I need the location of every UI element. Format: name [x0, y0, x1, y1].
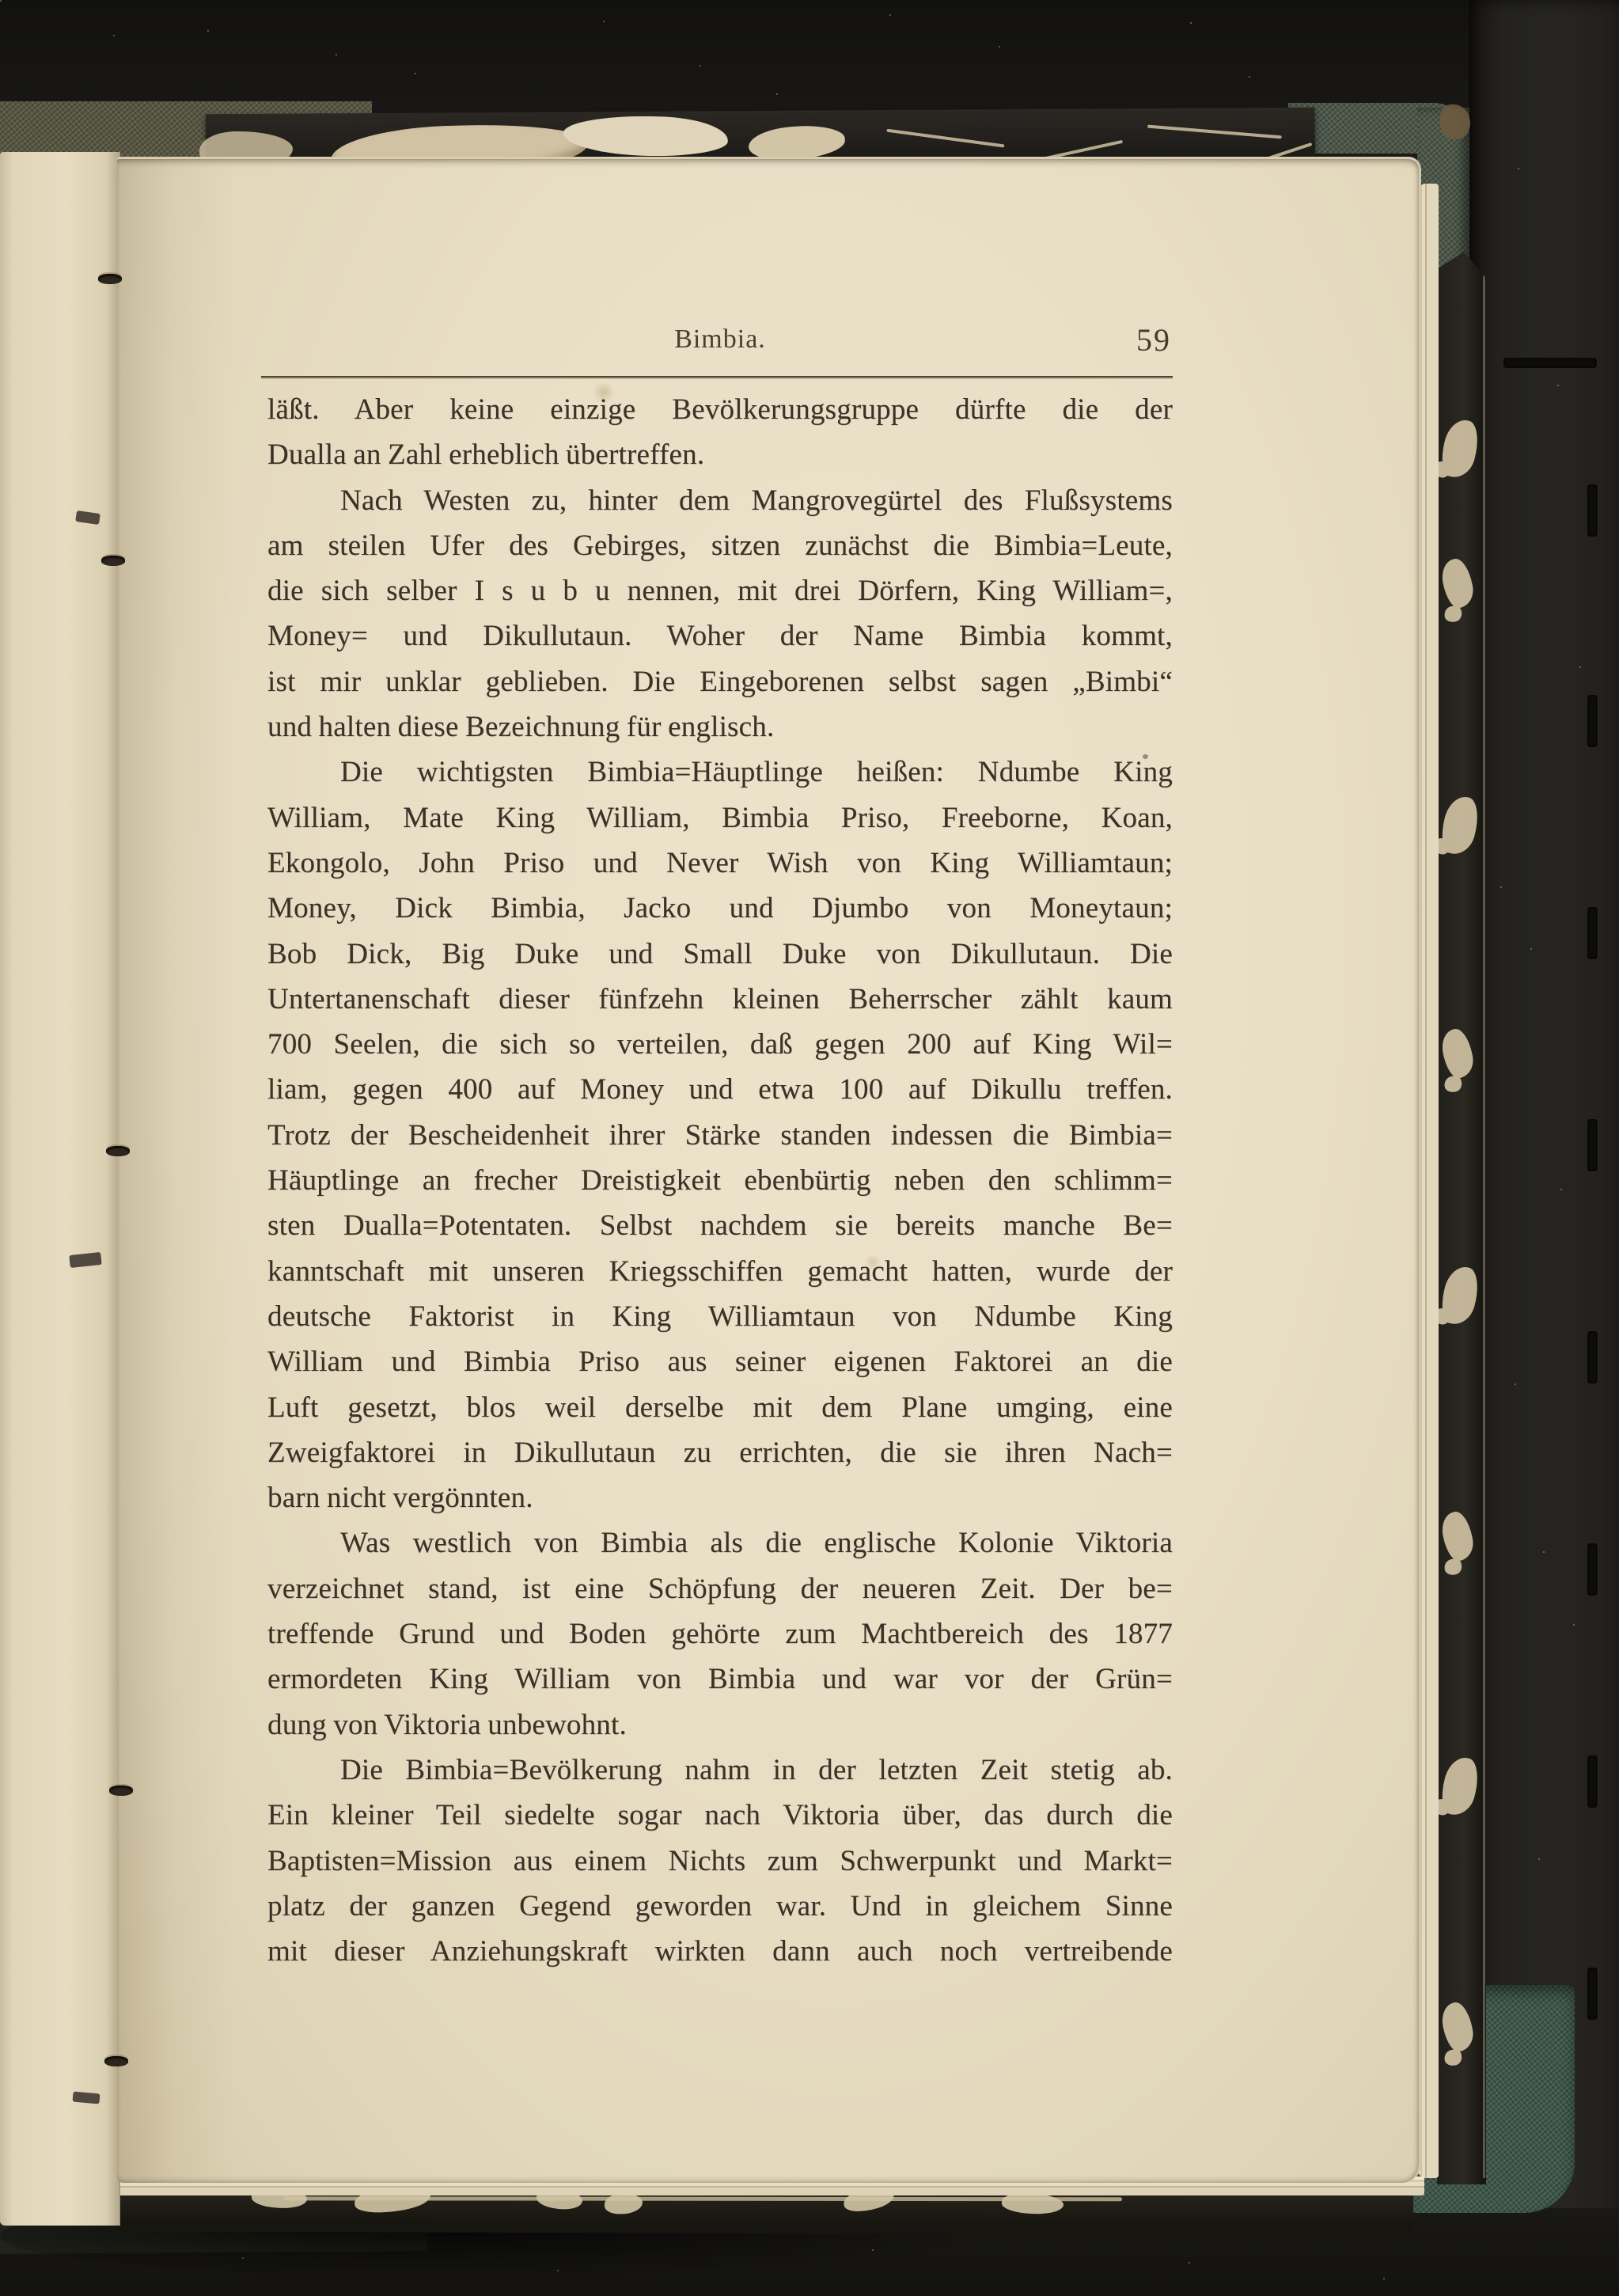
text-line: mit dieser Anziehungskraft wirkten dann … [267, 1929, 1173, 1974]
header-rule [261, 376, 1173, 378]
text-line: sten Dualla=Potentaten. Selbst nachdem s… [267, 1203, 1173, 1248]
text-line: Was westlich von Bimbia als die englisch… [267, 1520, 1173, 1565]
text-line: 700 Seelen, die sich so verteilen, daß g… [267, 1022, 1173, 1067]
binding-slot [1587, 484, 1598, 537]
binding-stitch [98, 274, 122, 284]
binding-slot [1587, 1543, 1598, 1596]
page-header: Bimbia. 59 [267, 321, 1173, 361]
text-line: kanntschaft mit unseren Kriegsschiffen g… [267, 1249, 1173, 1294]
marble-vein [1439, 2000, 1476, 2054]
marble-vein [1147, 125, 1282, 139]
marble-vein [1437, 793, 1484, 858]
binding-slot [1587, 907, 1598, 959]
text-line: verzeichnet stand, ist eine Schöpfung de… [267, 1566, 1173, 1611]
text-area: Bimbia. 59 läßt. Aber keine einzige Bevö… [267, 159, 1173, 2185]
text-line: Die Bimbia=Bevölkerung nahm in der letzt… [267, 1748, 1173, 1793]
cover-emboss-mark [1503, 358, 1597, 368]
text-line: Häuptlinge an frecher Dreistigkeit ebenb… [267, 1158, 1173, 1203]
text-block: läßt. Aber keine einzige Bevölkerungsgru… [267, 387, 1173, 1974]
marbled-cover-edge [1437, 252, 1486, 2184]
text-line: treffende Grund und Boden gehörte zum Ma… [267, 1611, 1173, 1657]
text-line: platz der ganzen Gegend geworden war. Un… [267, 1884, 1173, 1929]
marble-vein [1439, 1509, 1476, 1563]
paper-notch [69, 1252, 101, 1268]
text-line: Money= und Dikullutaun. Woher der Name B… [267, 613, 1173, 658]
text-line: und halten diese Bezeichnung für englisc… [267, 704, 1173, 750]
book-scan: Bimbia. 59 läßt. Aber keine einzige Bevö… [0, 0, 1619, 2296]
binding-slot [1587, 1968, 1598, 2020]
text-line: Baptisten=Mission aus einem Nichts zum S… [267, 1839, 1173, 1884]
marble-vein [1439, 1027, 1476, 1080]
binding-slot [1587, 1119, 1598, 1171]
worn-corner-tip [1440, 104, 1470, 139]
marble-vein [886, 129, 1004, 148]
binding-slot [1587, 695, 1598, 747]
text-line: Zweigfaktorei in Dikullutaun zu errichte… [267, 1430, 1173, 1475]
marble-vein [605, 2193, 643, 2214]
binding-stitch [106, 1146, 130, 1156]
text-line: dung von Viktoria unbewohnt. [267, 1702, 1173, 1748]
marble-vein [1437, 1263, 1484, 1328]
binding-stitch [101, 556, 125, 566]
binding-stitch [109, 1786, 133, 1796]
text-line: am steilen Ufer des Gebirges, sitzen zun… [267, 523, 1173, 568]
text-line: deutsche Faktorist in King Williamtaun v… [267, 1294, 1173, 1339]
page-number: 59 [1136, 321, 1171, 359]
text-line: liam, gegen 400 auf Money und etwa 100 a… [267, 1067, 1173, 1112]
binding-slot [1587, 1755, 1598, 1808]
text-line: Nach Westen zu, hinter dem Mangrovegürte… [267, 478, 1173, 523]
marble-vein [1439, 556, 1476, 610]
text-line: Untertanenschaft dieser fünfzehn kleinen… [267, 977, 1173, 1022]
text-line: William, Mate King William, Bimbia Priso… [267, 795, 1173, 841]
text-line: ist mir unklar geblieben. Die Eingeboren… [267, 659, 1173, 704]
dust-speckles [0, 0, 2, 2]
marble-vein [1437, 416, 1484, 481]
book-page: Bimbia. 59 läßt. Aber keine einzige Bevö… [117, 157, 1421, 2183]
paper-notch [75, 510, 100, 525]
text-line: Bob Dick, Big Duke und Small Duke von Di… [267, 932, 1173, 977]
text-line: ermordeten King William von Bimbia und w… [267, 1657, 1173, 1702]
worn-patch [563, 115, 728, 157]
text-line: Dualla an Zahl erheblich übertreffen. [267, 432, 1173, 477]
binding-stitch [104, 2056, 128, 2066]
binding-slot [1587, 1331, 1598, 1383]
text-line: läßt. Aber keine einzige Bevölkerungsgru… [267, 387, 1173, 432]
text-line: barn nicht vergönnten. [267, 1475, 1173, 1520]
paper-notch [72, 2092, 100, 2104]
marble-vein [1437, 1754, 1484, 1819]
text-line: Die wichtigsten Bimbia=Häuptlinge heißen… [267, 750, 1173, 795]
text-line: Money, Dick Bimbia, Jacko und Djumbo von… [267, 886, 1173, 931]
running-title: Bimbia. [267, 324, 1173, 355]
text-line: die sich selber I s u b u nennen, mit dr… [267, 568, 1173, 613]
facing-page-edge [0, 152, 120, 2226]
text-line: Ein kleiner Teil siedelte sogar nach Vik… [267, 1793, 1173, 1838]
text-line: Trotz der Bescheidenheit ihrer Stärke st… [267, 1113, 1173, 1158]
text-line: Ekongolo, John Priso und Never Wish von … [267, 841, 1173, 886]
text-line: William und Bimbia Priso aus seiner eige… [267, 1339, 1173, 1384]
text-line: Luft gesetzt, blos weil derselbe mit dem… [267, 1385, 1173, 1430]
